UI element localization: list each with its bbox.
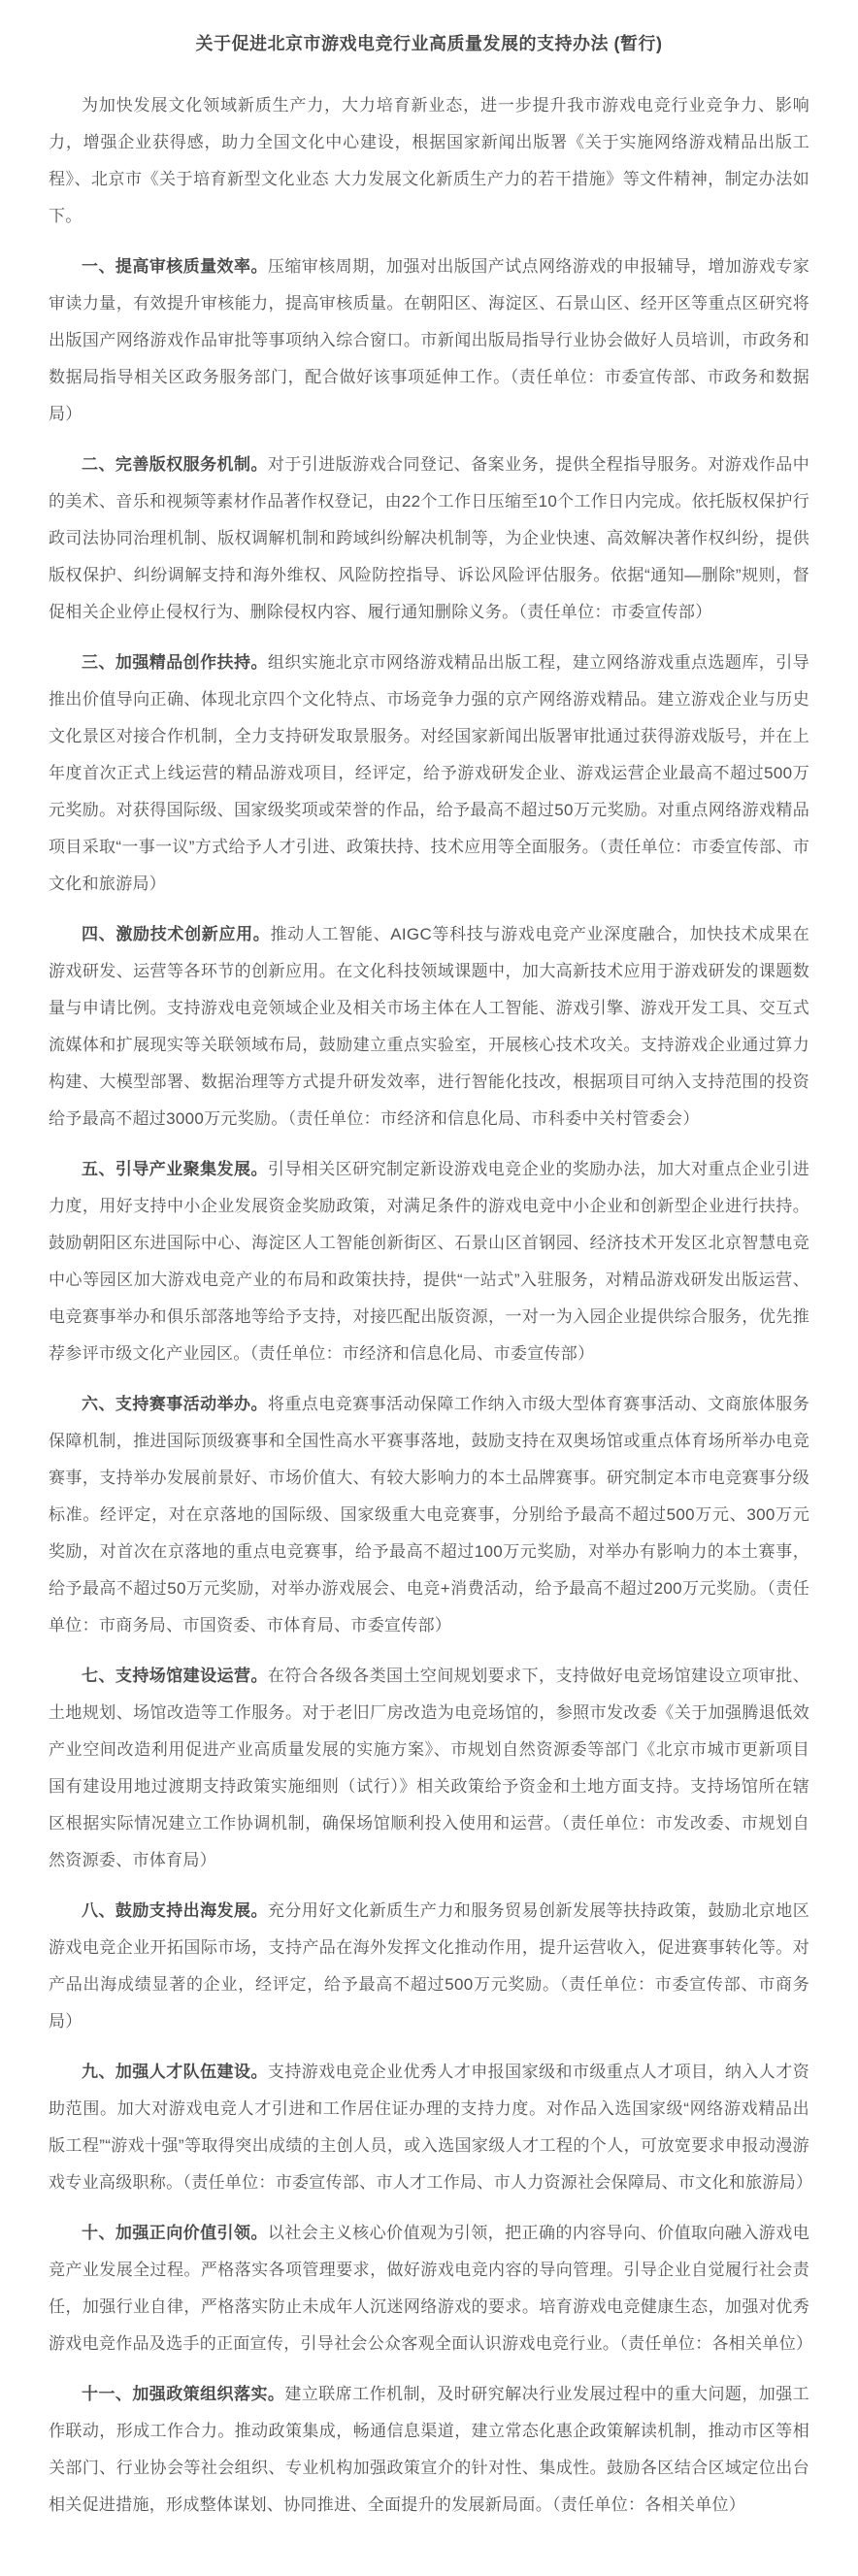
section-body: 推动人工智能、AIGC等科技与游戏电竞产业深度融合，加快技术成果在游戏研发、运营… — [49, 925, 809, 1128]
section-heading: 四、激励技术创新应用。 — [82, 925, 271, 943]
section-paragraph: 十、加强正向价值引领。以社会主义核心价值观为引领，把正确的内容导向、价值取向融入… — [49, 2215, 809, 2362]
section-body: 建立联席工作机制，及时研究解决行业发展过程中的重大问题，加强工作联动，形成工作合… — [49, 2385, 809, 2514]
section-paragraph: 四、激励技术创新应用。推动人工智能、AIGC等科技与游戏电竞产业深度融合，加快技… — [49, 916, 809, 1138]
intro-paragraph: 为加快发展文化领域新质生产力，大力培育新业态，进一步提升我市游戏电竞行业竞争力、… — [49, 87, 809, 235]
section-paragraph: 八、鼓励支持出海发展。充分用好文化新质生产力和服务贸易创新发展等扶持政策，鼓励北… — [49, 1893, 809, 2040]
sections-container: 一、提高审核质量效率。压缩审核周期，加强对出版国产试点网络游戏的申报辅导，增加游… — [49, 248, 809, 2524]
section-paragraph: 七、支持场馆建设运营。在符合各级各类国土空间规划要求下，支持做好电竞场馆建设立项… — [49, 1658, 809, 1879]
section-heading: 十、加强正向价值引领。 — [82, 2224, 268, 2242]
section-body: 充分用好文化新质生产力和服务贸易创新发展等扶持政策，鼓励北京地区游戏电竞企业开拓… — [49, 1901, 809, 2031]
section-body: 组织实施北京市网络游戏精品出版工程，建立网络游戏重点选题库，引导推出价值导向正确… — [49, 653, 809, 893]
section-paragraph: 六、支持赛事活动举办。将重点电竞赛事活动保障工作纳入市级大型体育赛事活动、文商旅… — [49, 1386, 809, 1644]
section-heading: 一、提高审核质量效率。 — [82, 257, 268, 276]
section-paragraph: 三、加强精品创作扶持。组织实施北京市网络游戏精品出版工程，建立网络游戏重点选题库… — [49, 644, 809, 903]
section-heading: 三、加强精品创作扶持。 — [82, 653, 268, 672]
section-paragraph: 五、引导产业聚集发展。引导相关区研究制定新设游戏电竞企业的奖励办法，加大对重点企… — [49, 1151, 809, 1372]
section-body: 在符合各级各类国土空间规划要求下，支持做好电竞场馆建设立项审批、土地规划、场馆改… — [49, 1667, 809, 1869]
section-body: 将重点电竞赛事活动保障工作纳入市级大型体育赛事活动、文商旅体服务保障机制，推进国… — [49, 1395, 809, 1635]
section-heading: 八、鼓励支持出海发展。 — [82, 1901, 268, 1920]
section-paragraph: 十一、加强政策组织落实。建立联席工作机制，及时研究解决行业发展过程中的重大问题，… — [49, 2376, 809, 2524]
section-body: 压缩审核周期，加强对出版国产试点网络游戏的申报辅导，增加游戏专家审读力量，有效提… — [49, 257, 809, 423]
section-heading: 九、加强人才队伍建设。 — [82, 2063, 268, 2081]
section-paragraph: 一、提高审核质量效率。压缩审核周期，加强对出版国产试点网络游戏的申报辅导，增加游… — [49, 248, 809, 433]
document-title: 关于促进北京市游戏电竞行业高质量发展的支持办法 (暂行) — [49, 29, 809, 58]
section-body: 以社会主义核心价值观为引领，把正确的内容导向、价值取向融入游戏电竞产业发展全过程… — [49, 2224, 812, 2353]
section-heading: 六、支持赛事活动举办。 — [82, 1395, 268, 1413]
section-heading: 二、完善版权服务机制。 — [82, 455, 268, 474]
section-paragraph: 二、完善版权服务机制。对于引进版游戏合同登记、备案业务，提供全程指导服务。对游戏… — [49, 446, 809, 631]
section-paragraph: 九、加强人才队伍建设。支持游戏电竞企业优秀人才申报国家级和市级重点人才项目，纳入… — [49, 2054, 809, 2201]
section-heading: 七、支持场馆建设运营。 — [82, 1667, 268, 1685]
section-heading: 十一、加强政策组织落实。 — [82, 2385, 284, 2403]
document-page: 关于促进北京市游戏电竞行业高质量发展的支持办法 (暂行) 为加快发展文化领域新质… — [0, 0, 858, 2576]
section-heading: 五、引导产业聚集发展。 — [82, 1160, 268, 1178]
section-body: 对于引进版游戏合同登记、备案业务，提供全程指导服务。对游戏作品中的美术、音乐和视… — [49, 455, 809, 621]
section-body: 支持游戏电竞企业优秀人才申报国家级和市级重点人才项目，纳入人才资助范围。加大对游… — [49, 2063, 812, 2192]
section-body: 引导相关区研究制定新设游戏电竞企业的奖励办法，加大对重点企业引进力度，用好支持中… — [49, 1160, 809, 1363]
